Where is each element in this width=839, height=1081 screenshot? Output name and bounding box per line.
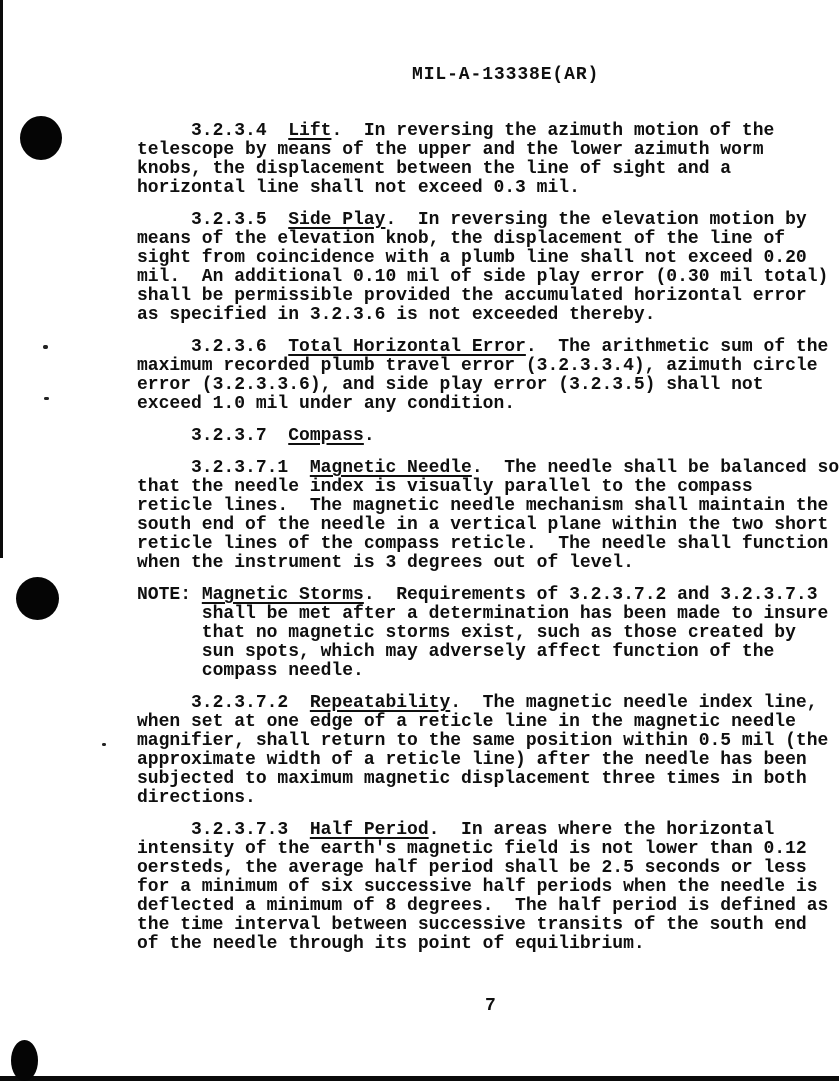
text-line: exceed 1.0 mil under any condition. — [137, 395, 839, 414]
paragraph-3-2-3-5: 3.2.3.5 Side Play. In reversing the elev… — [137, 211, 839, 325]
text-line: NOTE: Magnetic Storms. Requirements of 3… — [137, 586, 839, 605]
text-line: means of the elevation knob, the displac… — [137, 230, 839, 249]
paragraph-3-2-3-6: 3.2.3.6 Total Horizontal Error. The arit… — [137, 338, 839, 414]
text-line: shall be met after a determination has b… — [137, 605, 839, 624]
text-line: of the needle through its point of equil… — [137, 935, 839, 954]
hole-punch-mark-middle — [16, 577, 59, 620]
document-body: 3.2.3.4 Lift. In reversing the azimuth m… — [137, 122, 839, 954]
text-line: 3.2.3.6 Total Horizontal Error. The arit… — [137, 338, 839, 357]
paragraph-3-2-3-7-3: 3.2.3.7.3 Half Period. In areas where th… — [137, 821, 839, 954]
underlined-section-title: Total Horizontal Error — [288, 337, 526, 357]
text-line: subjected to maximum magnetic displaceme… — [137, 770, 839, 789]
text-line: reticle lines of the compass reticle. Th… — [137, 535, 839, 554]
underlined-section-title: Compass — [288, 426, 364, 446]
text-line: approximate width of a reticle line) aft… — [137, 751, 839, 770]
text-line: error (3.2.3.3.6), and side play error (… — [137, 376, 839, 395]
text-line: mil. An additional 0.10 mil of side play… — [137, 268, 839, 287]
text-line: knobs, the displacement between the line… — [137, 160, 839, 179]
text-line: magnifier, shall return to the same posi… — [137, 732, 839, 751]
paragraph-3-2-3-7: 3.2.3.7 Compass. — [137, 427, 839, 446]
text-line: deflected a minimum of 8 degrees. The ha… — [137, 897, 839, 916]
scan-speck-icon — [102, 743, 106, 746]
text-line: maximum recorded plumb travel error (3.2… — [137, 357, 839, 376]
left-edge-scan-artifact — [0, 0, 3, 558]
text-line: when the instrument is 3 degrees out of … — [137, 554, 839, 573]
hole-punch-mark-bottom — [11, 1040, 38, 1081]
bottom-edge-scan-artifact — [0, 1076, 839, 1081]
text-line: 3.2.3.7.1 Magnetic Needle. The needle sh… — [137, 459, 839, 478]
text-line: compass needle. — [137, 662, 839, 681]
underlined-section-title: Half Period — [310, 820, 429, 840]
underlined-section-title: Magnetic Needle — [310, 458, 472, 478]
text-line: 3.2.3.7.3 Half Period. In areas where th… — [137, 821, 839, 840]
text-line: telescope by means of the upper and the … — [137, 141, 839, 160]
text-line: for a minimum of six successive half per… — [137, 878, 839, 897]
text-line: as specified in 3.2.3.6 is not exceeded … — [137, 306, 839, 325]
underlined-section-title: Lift — [288, 121, 331, 141]
hole-punch-mark-top — [20, 116, 62, 160]
text-line: the time interval between successive tra… — [137, 916, 839, 935]
underlined-section-title: Side Play — [288, 210, 385, 230]
text-line: sun spots, which may adversely affect fu… — [137, 643, 839, 662]
page-number: 7 — [485, 996, 496, 1016]
text-line: 3.2.3.4 Lift. In reversing the azimuth m… — [137, 122, 839, 141]
text-line: directions. — [137, 789, 839, 808]
text-line: reticle lines. The magnetic needle mecha… — [137, 497, 839, 516]
text-line: 3.2.3.7.2 Repeatability. The magnetic ne… — [137, 694, 839, 713]
text-line: horizontal line shall not exceed 0.3 mil… — [137, 179, 839, 198]
text-line: 3.2.3.7 Compass. — [137, 427, 839, 446]
text-line: shall be permissible provided the accumu… — [137, 287, 839, 306]
document-id-header: MIL-A-13338E(AR) — [412, 65, 599, 85]
text-line: sight from coincidence with a plumb line… — [137, 249, 839, 268]
text-line: south end of the needle in a vertical pl… — [137, 516, 839, 535]
underlined-section-title: Repeatability — [310, 693, 450, 713]
paragraph-3-2-3-7-1: 3.2.3.7.1 Magnetic Needle. The needle sh… — [137, 459, 839, 573]
paragraph-note-magnetic-storms: NOTE: Magnetic Storms. Requirements of 3… — [137, 586, 839, 681]
scan-speck-icon — [44, 397, 49, 400]
text-line: that the needle index is visually parall… — [137, 478, 839, 497]
underlined-section-title: Magnetic Storms — [202, 585, 364, 605]
paragraph-3-2-3-7-2: 3.2.3.7.2 Repeatability. The magnetic ne… — [137, 694, 839, 808]
scan-speck-icon — [43, 345, 48, 349]
text-line: when set at one edge of a reticle line i… — [137, 713, 839, 732]
text-line: 3.2.3.5 Side Play. In reversing the elev… — [137, 211, 839, 230]
text-line: that no magnetic storms exist, such as t… — [137, 624, 839, 643]
paragraph-3-2-3-4: 3.2.3.4 Lift. In reversing the azimuth m… — [137, 122, 839, 198]
text-line: oersteds, the average half period shall … — [137, 859, 839, 878]
text-line: intensity of the earth's magnetic field … — [137, 840, 839, 859]
scanned-document-page: MIL-A-13338E(AR) 3.2.3.4 Lift. In revers… — [0, 0, 839, 1081]
